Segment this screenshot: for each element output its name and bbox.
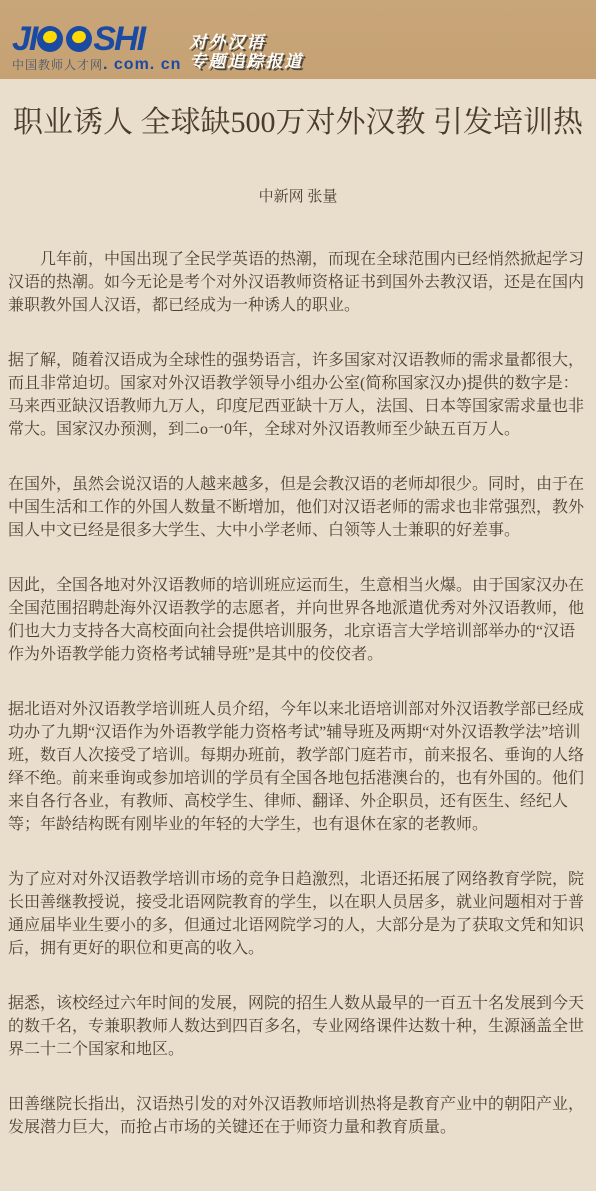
logo-eye-dot-icon <box>42 29 59 45</box>
logo-eye-dot-icon <box>71 29 88 45</box>
article-paragraph: 几年前，中国出现了全民学英语的热潮，而现在全球范围内已经悄然掀起学习汉语的热潮。… <box>8 248 588 317</box>
site-header: JI SHI 中国教师人才网. com. cn 对外汉语 专题追踪报道 <box>0 0 596 79</box>
logo-wordmark: JI SHI <box>12 24 181 54</box>
site-domain: . com. cn <box>103 56 181 73</box>
tagline-line1: 对外汉语 <box>189 33 303 52</box>
article-paragraph: 据了解，随着汉语成为全球性的强势语言，许多国家对汉语教师的需求量都很大，而且非常… <box>8 349 588 441</box>
article-paragraph: 田善继院长指出，汉语热引发的对外汉语教师培训热将是教育产业中的朝阳产业，发展潜力… <box>8 1093 588 1139</box>
article-byline: 中新网 张量 <box>8 185 588 206</box>
logo-o-icon <box>66 26 92 52</box>
logo-o-icon <box>37 26 63 52</box>
article-paragraph: 据悉，该校经过六年时间的发展，网院的招生人数从最早的一百五十名发展到今天的数千名… <box>8 992 588 1061</box>
site-name-cn: 中国教师人才网 <box>12 58 103 72</box>
article: 职业诱人 全球缺500万对外汉教 引发培训热 中新网 张量 几年前，中国出现了全… <box>0 105 596 1191</box>
article-paragraph: 据北语对外汉语教学培训班人员介绍，今年以来北语培训部对外汉语教学部已经成功办了九… <box>8 698 588 836</box>
header-tagline: 对外汉语 专题追踪报道 <box>189 33 303 73</box>
article-body: 几年前，中国出现了全民学英语的热潮，而现在全球范围内已经悄然掀起学习汉语的热潮。… <box>8 248 588 1139</box>
logo-letters-right: SHI <box>93 22 144 56</box>
article-paragraph: 在国外，虽然会说汉语的人越来越多，但是会教汉语的老师却很少。同时，由于在中国生活… <box>8 473 588 542</box>
site-logo[interactable]: JI SHI 中国教师人才网. com. cn <box>12 24 181 73</box>
article-paragraph: 为了应对对外汉语教学培训市场的竞争日趋激烈，北语还拓展了网络教育学院，院长田善继… <box>8 868 588 960</box>
article-paragraph: 因此，全国各地对外汉语教师的培训班应运而生，生意相当火爆。由于国家汉办在全国范围… <box>8 574 588 666</box>
article-title: 职业诱人 全球缺500万对外汉教 引发培训热 <box>8 105 588 141</box>
logo-subtext: 中国教师人才网. com. cn <box>12 57 181 73</box>
tagline-line2: 专题追踪报道 <box>189 52 303 71</box>
logo-letters-left: JI <box>12 22 36 56</box>
